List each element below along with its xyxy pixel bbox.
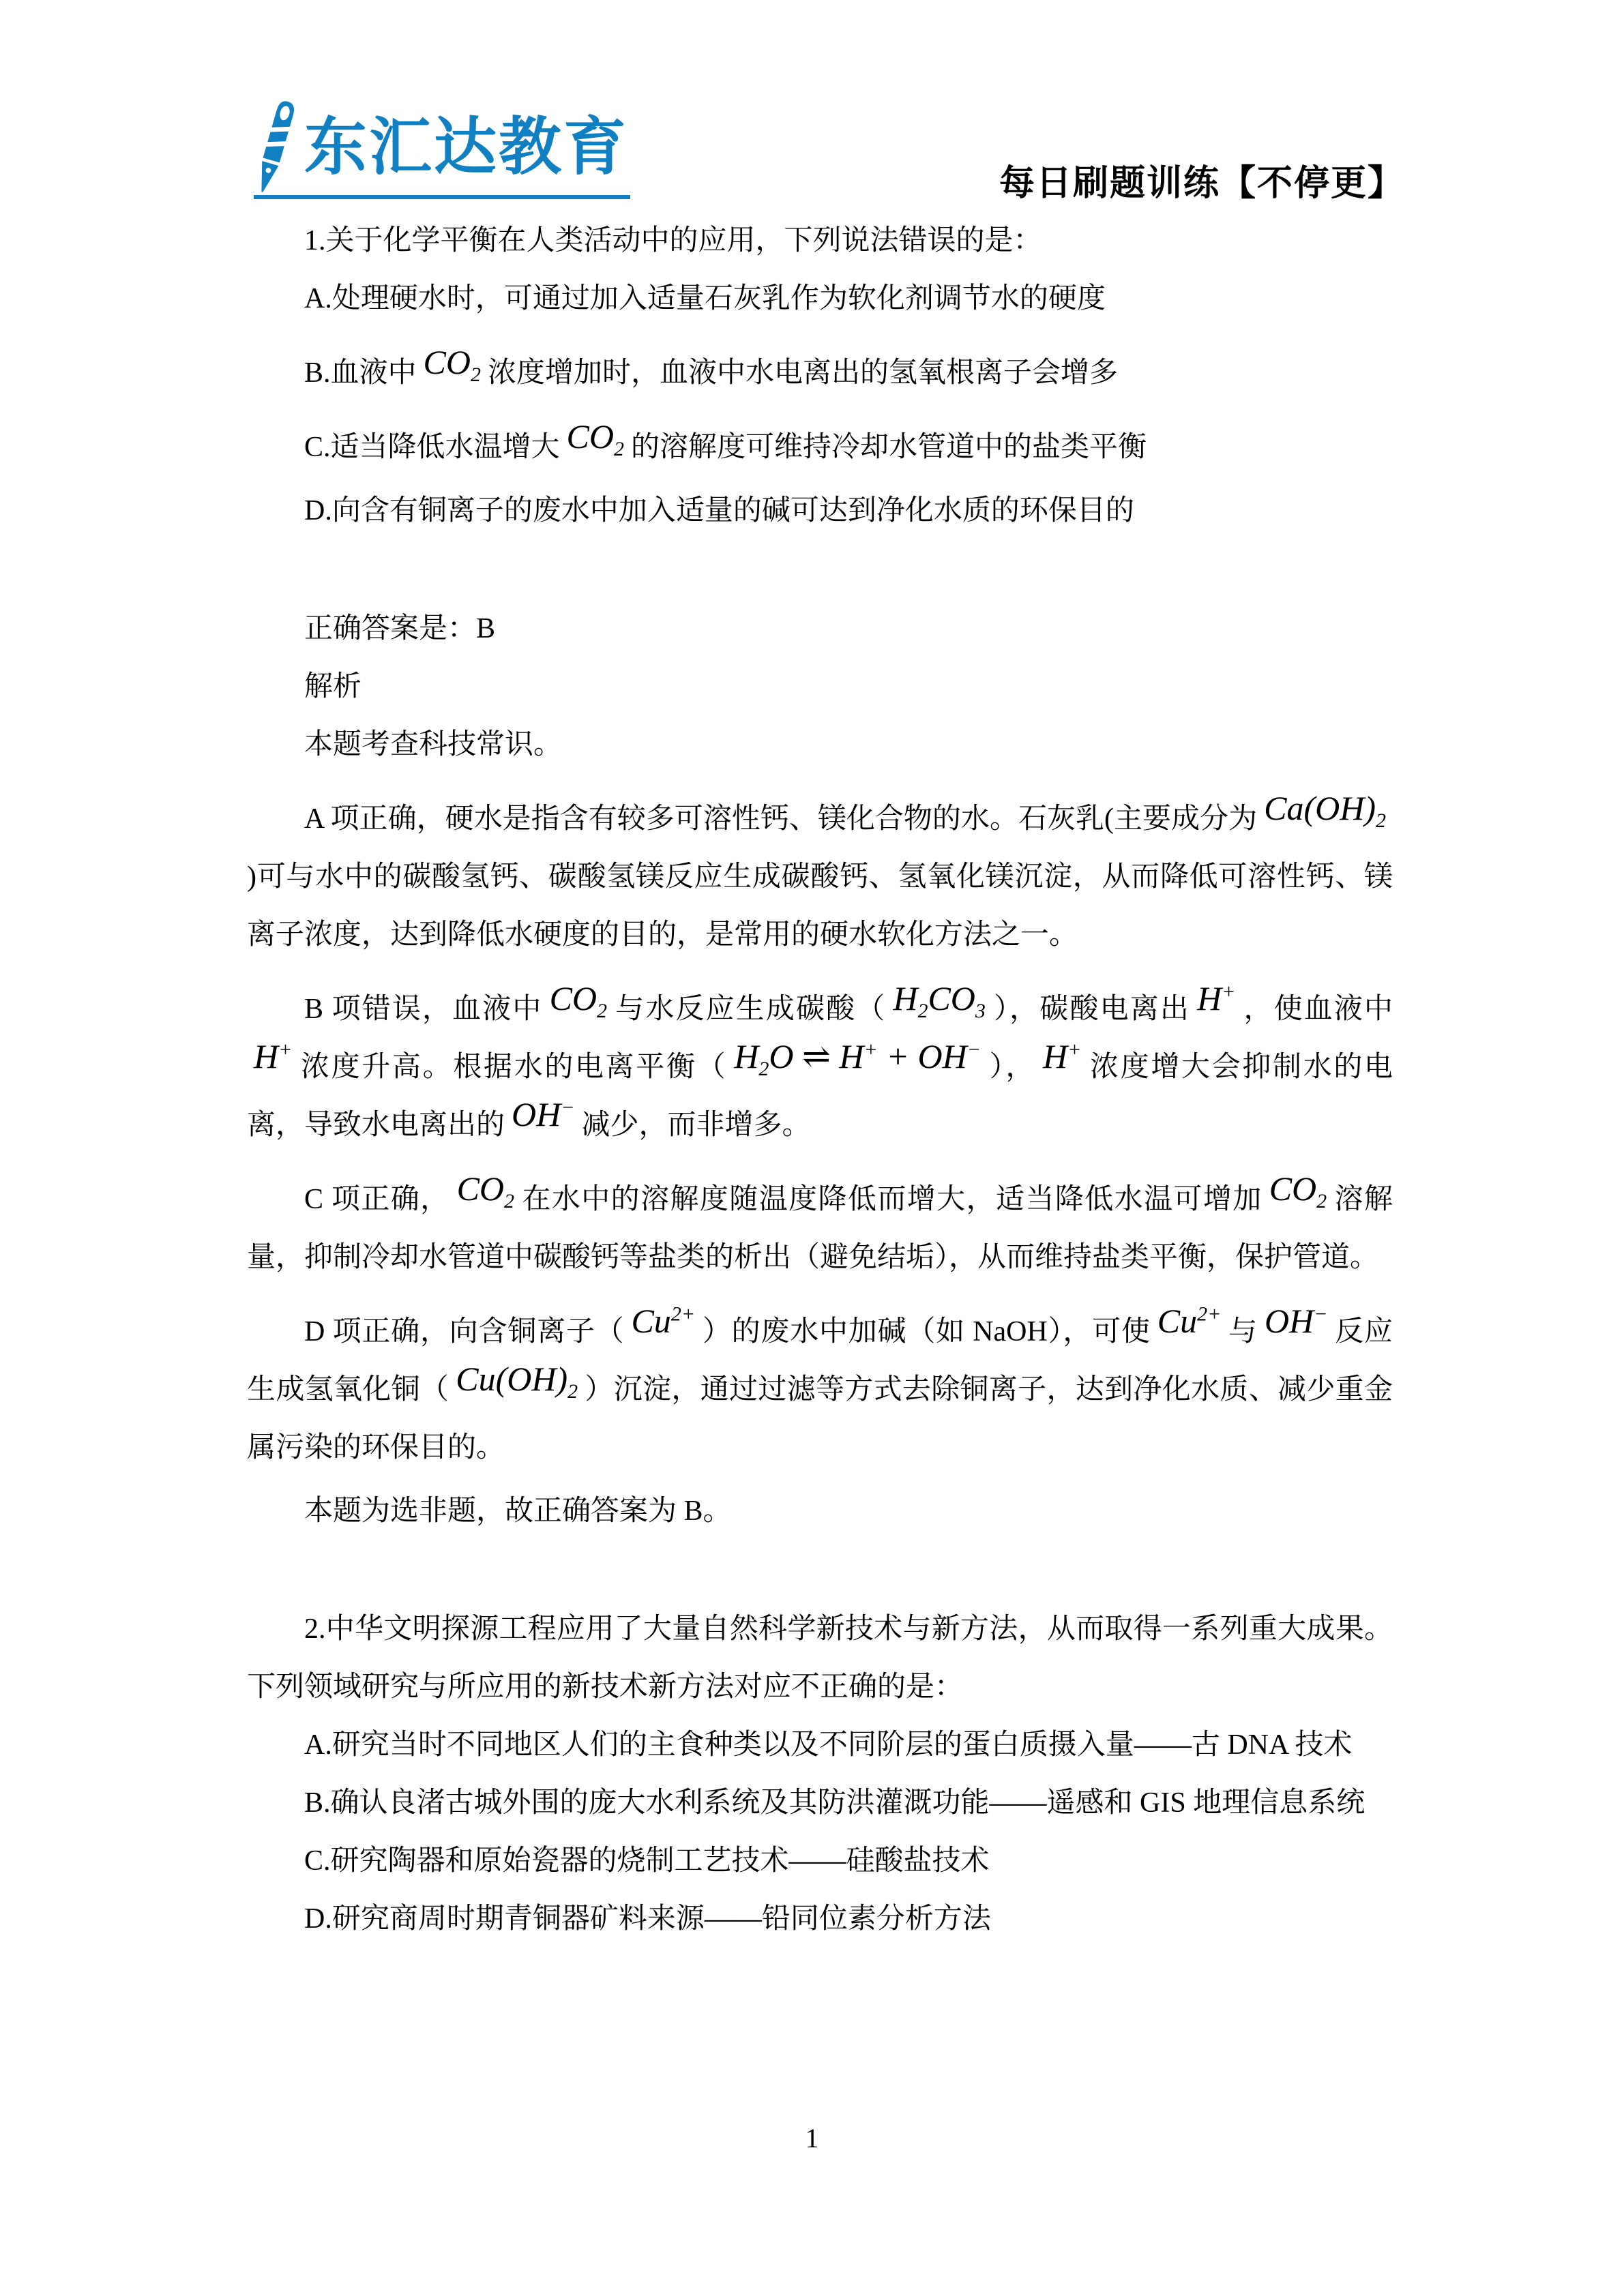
- text-run: 与水反应生成碳酸（: [614, 994, 886, 1025]
- q1-option-a: A.处理硬水时，可通过加入适量石灰乳作为软化剂调节水的硬度: [247, 270, 1393, 328]
- q1-analysis-intro: 本题考查科技常识。: [247, 716, 1393, 774]
- math-formula: H+: [247, 1039, 299, 1073]
- math-formula: CO2: [543, 981, 614, 1022]
- q1-analysis-label: 解析: [247, 658, 1393, 716]
- brand-logo: 东汇达教育: [251, 97, 628, 203]
- q1-analysis-a: A 项正确，硬水是指含有较多可溶性钙、镁化合物的水。石灰乳(主要成分为Ca(OH…: [247, 790, 1393, 964]
- text-run: A.处理硬水时，可通过加入适量石灰乳作为软化剂调节水的硬度: [304, 283, 1106, 314]
- math-formula: CO2: [450, 1172, 521, 1212]
- math-formula: Cu(OH)2: [449, 1362, 585, 1402]
- q2-option-c: C.研究陶器和原始瓷器的烧制工艺技术——硅酸盐技术: [247, 1832, 1393, 1890]
- text-run: 本题为选非题，故正确答案为 B。: [304, 1495, 732, 1527]
- text-run: 2.中华文明探源工程应用了大量自然科学新技术与新方法，从而取得一系列重大成果。下…: [247, 1613, 1393, 1703]
- math-formula: Cu2+: [624, 1304, 702, 1338]
- math-formula: CO2: [417, 345, 488, 385]
- text-run: 1.关于化学平衡在人类活动中的应用，下列说法错误的是：: [304, 225, 1042, 256]
- text-run: B.确认良渚古城外围的庞大水利系统及其防洪灌溉功能——遥感和 GIS 地理信息系…: [304, 1787, 1365, 1819]
- text-run: 浓度增加时，血液中水电离出的氢氧根离子会增多: [488, 357, 1118, 389]
- brand-name: 东汇达教育: [304, 116, 628, 179]
- text-run: 减少，而非增多。: [581, 1109, 810, 1141]
- brand-underline: [254, 195, 630, 199]
- q1-analysis-b: B 项错误，血液中CO2与水反应生成碳酸（H2CO3），碳酸电离出H+，使血液中…: [247, 981, 1393, 1154]
- text-run: A.研究当时不同地区人们的主食种类以及不同阶层的蛋白质摄入量——古 DNA 技术: [304, 1729, 1353, 1761]
- text-run: 本题考查科技常识。: [304, 729, 562, 760]
- text-run: C.适当降低水温增大: [304, 432, 560, 463]
- text-run: ），: [988, 1052, 1036, 1083]
- text-run: A 项正确，硬水是指含有较多可溶性钙、镁化合物的水。石灰乳(主要成分为: [304, 803, 1257, 835]
- q2-stem: 2.中华文明探源工程应用了大量自然科学新技术与新方法，从而取得一系列重大成果。下…: [247, 1600, 1393, 1716]
- text-run: 浓度升高。根据水的电离平衡（: [299, 1052, 727, 1083]
- math-formula: CO2: [1263, 1172, 1333, 1212]
- text-run: C.研究陶器和原始瓷器的烧制工艺技术——硅酸盐技术: [304, 1845, 990, 1877]
- text-run: ），碳酸电离出: [992, 994, 1190, 1025]
- math-formula: Ca(OH)2: [1257, 791, 1393, 831]
- q2-option-a: A.研究当时不同地区人们的主食种类以及不同阶层的蛋白质摄入量——古 DNA 技术: [247, 1716, 1393, 1774]
- math-formula: CO2: [560, 419, 631, 460]
- text-run: B 项错误，血液中: [304, 994, 543, 1025]
- q1-answer: 正确答案是：B: [247, 600, 1393, 658]
- text-run: D.研究商周时期青铜器矿料来源——铅同位素分析方法: [304, 1903, 991, 1935]
- document-page: 东汇达教育 每日刷题训练【不停更】 1.关于化学平衡在人类活动中的应用，下列说法…: [0, 0, 1624, 2296]
- text-run: 正确答案是：B: [304, 613, 495, 644]
- math-formula: H+: [1190, 981, 1242, 1015]
- text-run: 与: [1228, 1316, 1258, 1347]
- q1-analysis-d: D 项正确，向含铜离子（Cu2+）的废水中加碱（如 NaOH），可使Cu2+与O…: [247, 1303, 1393, 1477]
- text-run: B.血液中: [304, 357, 417, 389]
- math-formula: H+: [1036, 1039, 1088, 1073]
- page-title: 每日刷题训练【不停更】: [999, 154, 1404, 205]
- page-header: 东汇达教育 每日刷题训练【不停更】: [0, 0, 1624, 211]
- math-formula: OH−: [1258, 1304, 1334, 1338]
- text-run: ）的废水中加碱（如 NaOH），可使: [702, 1316, 1151, 1347]
- text-run: C 项正确，: [304, 1184, 450, 1215]
- q2-option-d: D.研究商周时期青铜器矿料来源——铅同位素分析方法: [247, 1890, 1393, 1948]
- document-body: 1.关于化学平衡在人类活动中的应用，下列说法错误的是：A.处理硬水时，可通过加入…: [247, 212, 1393, 1948]
- page-footer: 1: [0, 2122, 1624, 2154]
- text-run: 在水中的溶解度随温度降低而增大，适当降低水温可增加: [521, 1184, 1263, 1215]
- q1-conclusion: 本题为选非题，故正确答案为 B。: [247, 1482, 1393, 1540]
- page-number: 1: [806, 2123, 819, 2153]
- text-run: 的溶解度可维持冷却水管道中的盐类平衡: [631, 432, 1147, 463]
- q1-option-d: D.向含有铜离子的废水中加入适量的碱可达到净化水质的环保目的: [247, 482, 1393, 540]
- text-run: ，使血液中: [1242, 994, 1393, 1025]
- q1-option-c: C.适当降低水温增大CO2的溶解度可维持冷却水管道中的盐类平衡: [247, 419, 1393, 477]
- q2-option-b: B.确认良渚古城外围的庞大水利系统及其防洪灌溉功能——遥感和 GIS 地理信息系…: [247, 1774, 1393, 1832]
- q1-option-b: B.血液中CO2浓度增加时，血液中水电离出的氢氧根离子会增多: [247, 344, 1393, 402]
- text-run: 解析: [304, 671, 361, 702]
- q1-stem: 1.关于化学平衡在人类活动中的应用，下列说法错误的是：: [247, 212, 1393, 270]
- text-run: )可与水中的碳酸氢钙、碳酸氢镁反应生成碳酸钙、氢氧化镁沉淀，从而降低可溶性钙、镁…: [247, 861, 1393, 951]
- text-run: D 项正确，向含铜离子（: [304, 1316, 624, 1347]
- math-formula: H2O ⇌ H+ + OH−: [727, 1039, 988, 1079]
- math-formula: H2CO3: [886, 981, 992, 1022]
- q1-analysis-c: C 项正确，CO2在水中的溶解度随温度降低而增大，适当降低水温可增加CO2溶解量…: [247, 1171, 1393, 1287]
- math-formula: Cu2+: [1151, 1304, 1228, 1338]
- math-formula: OH−: [505, 1097, 581, 1131]
- pen-icon: [251, 97, 297, 203]
- text-run: D.向含有铜离子的废水中加入适量的碱可达到净化水质的环保目的: [304, 495, 1134, 526]
